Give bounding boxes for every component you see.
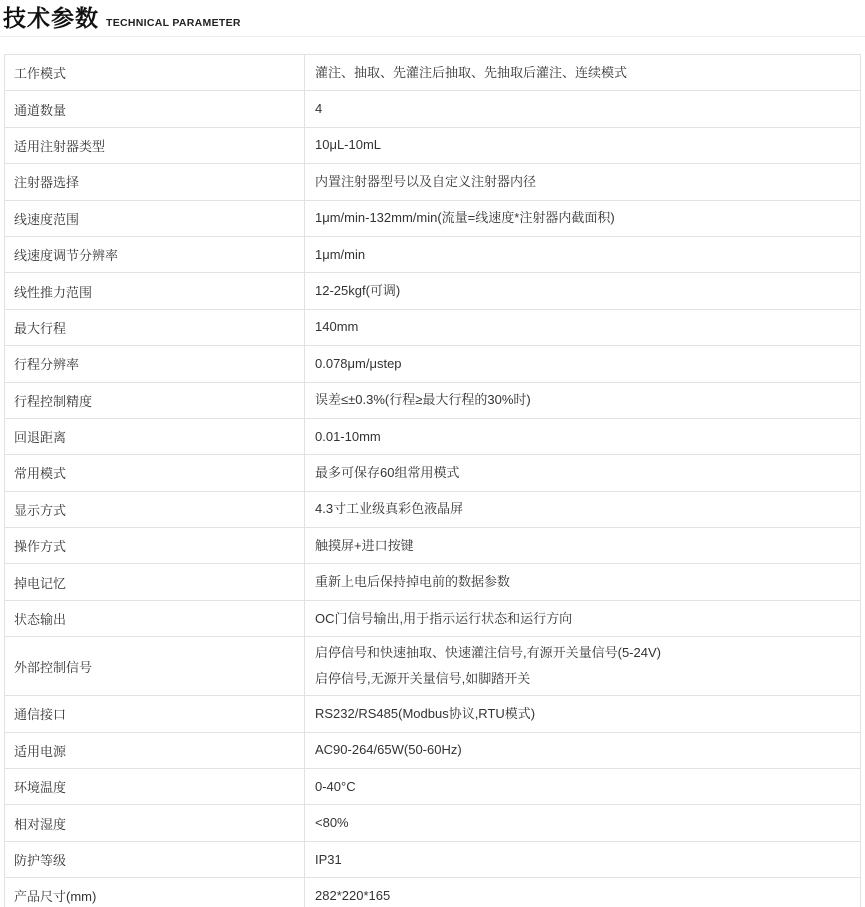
param-value-line: AC90-264/65W(50-60Hz) (315, 737, 860, 763)
param-value: AC90-264/65W(50-60Hz) (305, 733, 860, 768)
param-label: 状态输出 (5, 601, 305, 636)
table-row: 状态输出OC门信号输出,用于指示运行状态和运行方向 (5, 601, 860, 637)
param-label: 适用电源 (5, 733, 305, 768)
param-value: 0.01-10mm (305, 419, 860, 454)
param-value: 启停信号和快速抽取、快速灌注信号,有源开关量信号(5-24V)启停信号,无源开关… (305, 637, 860, 695)
param-value-line: 启停信号和快速抽取、快速灌注信号,有源开关量信号(5-24V) (315, 640, 860, 666)
table-row: 外部控制信号启停信号和快速抽取、快速灌注信号,有源开关量信号(5-24V)启停信… (5, 637, 860, 696)
param-label: 线速度调节分辨率 (5, 237, 305, 272)
table-row: 产品尺寸(mm)282*220*165 (5, 878, 860, 907)
param-label: 操作方式 (5, 528, 305, 563)
spec-table: 工作模式灌注、抽取、先灌注后抽取、先抽取后灌注、连续模式通道数量4适用注射器类型… (4, 54, 861, 907)
table-row: 线性推力范围12-25kgf(可调) (5, 273, 860, 309)
page-subtitle: TECHNICAL PARAMETER (106, 17, 241, 29)
param-value: 误差≤±0.3%(行程≥最大行程的30%时) (305, 383, 860, 418)
param-label: 外部控制信号 (5, 637, 305, 695)
table-row: 线速度调节分辨率1μm/min (5, 237, 860, 273)
param-label: 防护等级 (5, 842, 305, 877)
table-row: 行程控制精度误差≤±0.3%(行程≥最大行程的30%时) (5, 383, 860, 419)
param-value-line: 282*220*165 (315, 883, 860, 907)
param-value: 最多可保存60组常用模式 (305, 455, 860, 490)
param-value: 282*220*165 (305, 878, 860, 907)
param-value: 0.078μm/μstep (305, 346, 860, 381)
param-value-line: 误差≤±0.3%(行程≥最大行程的30%时) (315, 387, 860, 413)
table-row: 操作方式触摸屏+进口按键 (5, 528, 860, 564)
table-row: 工作模式灌注、抽取、先灌注后抽取、先抽取后灌注、连续模式 (5, 55, 860, 91)
param-value: 1μm/min (305, 237, 860, 272)
param-label: 行程控制精度 (5, 383, 305, 418)
param-value-line: 最多可保存60组常用模式 (315, 460, 860, 486)
param-value-line: 4 (315, 96, 860, 122)
table-row: 适用电源AC90-264/65W(50-60Hz) (5, 733, 860, 769)
param-value: 12-25kgf(可调) (305, 273, 860, 308)
param-label: 行程分辨率 (5, 346, 305, 381)
param-label: 产品尺寸(mm) (5, 878, 305, 907)
param-label: 工作模式 (5, 55, 305, 90)
param-value: 1μm/min-132mm/min(流量=线速度*注射器内截面积) (305, 201, 860, 236)
param-value: 触摸屏+进口按键 (305, 528, 860, 563)
table-row: 常用模式最多可保存60组常用模式 (5, 455, 860, 491)
param-value-line: IP31 (315, 847, 860, 873)
param-value-line: 12-25kgf(可调) (315, 278, 860, 304)
table-row: 通道数量4 (5, 91, 860, 127)
param-value-line: RS232/RS485(Modbus协议,RTU模式) (315, 701, 860, 727)
table-row: 最大行程140mm (5, 310, 860, 346)
table-row: 通信接口RS232/RS485(Modbus协议,RTU模式) (5, 696, 860, 732)
param-value-line: 灌注、抽取、先灌注后抽取、先抽取后灌注、连续模式 (315, 60, 860, 86)
param-value-line: <80% (315, 810, 860, 836)
param-value: 4 (305, 91, 860, 126)
page-header: 技术参数 TECHNICAL PARAMETER (0, 0, 865, 37)
table-row: 行程分辨率0.078μm/μstep (5, 346, 860, 382)
table-row: 防护等级IP31 (5, 842, 860, 878)
table-row: 环境温度0-40°C (5, 769, 860, 805)
table-row: 显示方式4.3寸工业级真彩色液晶屏 (5, 492, 860, 528)
param-label: 最大行程 (5, 310, 305, 345)
param-value-line: 1μm/min (315, 242, 860, 268)
param-label: 相对湿度 (5, 805, 305, 840)
param-value-line: 1μm/min-132mm/min(流量=线速度*注射器内截面积) (315, 205, 860, 231)
param-label: 掉电记忆 (5, 564, 305, 599)
param-value: 4.3寸工业级真彩色液晶屏 (305, 492, 860, 527)
table-row: 相对湿度<80% (5, 805, 860, 841)
param-label: 环境温度 (5, 769, 305, 804)
param-value-line: 0.01-10mm (315, 424, 860, 450)
table-row: 回退距离0.01-10mm (5, 419, 860, 455)
param-value: 10μL-10mL (305, 128, 860, 163)
param-value-line: 启停信号,无源开关量信号,如脚踏开关 (315, 666, 860, 692)
param-label: 通信接口 (5, 696, 305, 731)
table-row: 注射器选择内置注射器型号以及自定义注射器内径 (5, 164, 860, 200)
param-value: 140mm (305, 310, 860, 345)
param-value: 重新上电后保持掉电前的数据参数 (305, 564, 860, 599)
param-label: 显示方式 (5, 492, 305, 527)
param-value-line: 触摸屏+进口按键 (315, 533, 860, 559)
param-value: 内置注射器型号以及自定义注射器内径 (305, 164, 860, 199)
param-value-line: 0-40°C (315, 774, 860, 800)
param-value-line: 140mm (315, 314, 860, 340)
param-value: 0-40°C (305, 769, 860, 804)
param-value-line: 4.3寸工业级真彩色液晶屏 (315, 496, 860, 522)
param-value-line: 10μL-10mL (315, 132, 860, 158)
param-value: 灌注、抽取、先灌注后抽取、先抽取后灌注、连续模式 (305, 55, 860, 90)
param-label: 线速度范围 (5, 201, 305, 236)
param-value: <80% (305, 805, 860, 840)
param-label: 回退距离 (5, 419, 305, 454)
table-row: 线速度范围1μm/min-132mm/min(流量=线速度*注射器内截面积) (5, 201, 860, 237)
param-label: 常用模式 (5, 455, 305, 490)
param-value-line: OC门信号输出,用于指示运行状态和运行方向 (315, 606, 860, 632)
param-label: 通道数量 (5, 91, 305, 126)
param-value: IP31 (305, 842, 860, 877)
param-value-line: 内置注射器型号以及自定义注射器内径 (315, 169, 860, 195)
param-value: RS232/RS485(Modbus协议,RTU模式) (305, 696, 860, 731)
param-label: 适用注射器类型 (5, 128, 305, 163)
table-row: 适用注射器类型10μL-10mL (5, 128, 860, 164)
param-value-line: 重新上电后保持掉电前的数据参数 (315, 569, 860, 595)
page-title: 技术参数 (3, 5, 99, 33)
param-value-line: 0.078μm/μstep (315, 351, 860, 377)
param-value: OC门信号输出,用于指示运行状态和运行方向 (305, 601, 860, 636)
table-row: 掉电记忆重新上电后保持掉电前的数据参数 (5, 564, 860, 600)
param-label: 线性推力范围 (5, 273, 305, 308)
param-label: 注射器选择 (5, 164, 305, 199)
